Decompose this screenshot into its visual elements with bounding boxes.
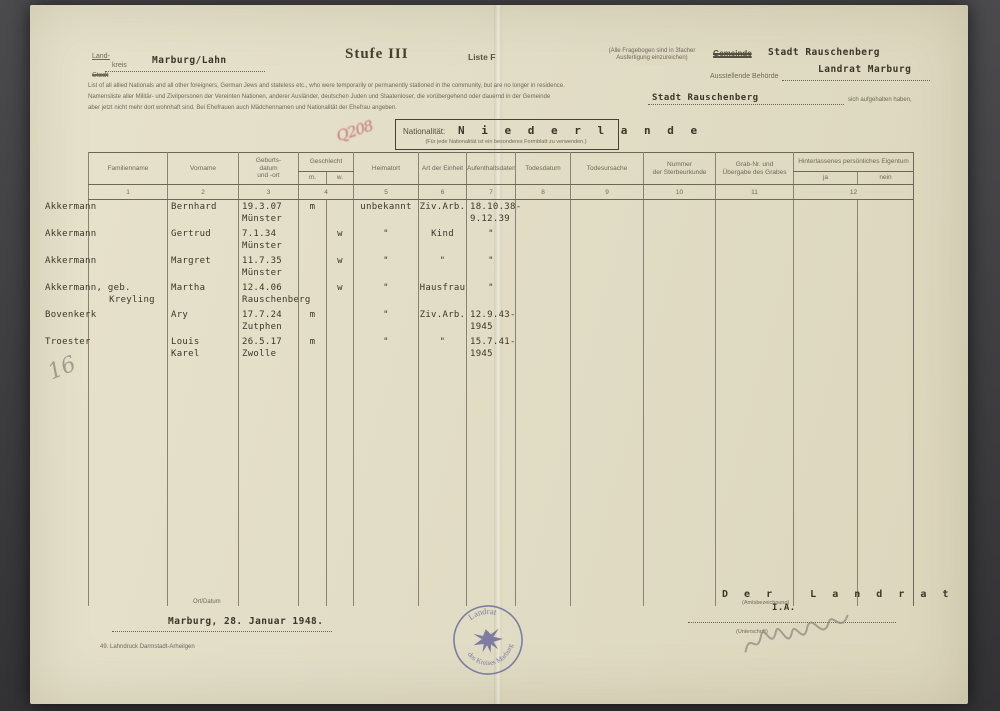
col-header-heimatort: Heimatort bbox=[354, 153, 419, 185]
col-header-eigentum-ja: ja bbox=[794, 172, 858, 185]
gemeinde-value: Stadt Rauschenberg bbox=[768, 47, 880, 58]
behoerde-label: Ausstellende Behörde bbox=[710, 73, 779, 80]
nationality-note: (Für jede Nationalität ist ein besondere… bbox=[400, 139, 612, 145]
land-label: Land- bbox=[92, 53, 110, 60]
printer-imprint: 49. Lahndruck Darmstadt-Arheilgen bbox=[100, 644, 195, 650]
col-header-geschlecht-w: w. bbox=[327, 172, 354, 185]
table-row: Akkermann, geb. Kreyling Martha 12.4.06 … bbox=[89, 281, 914, 308]
stamp-eagle-icon bbox=[471, 626, 505, 656]
gemeinde-label: Gemeinde bbox=[713, 49, 752, 58]
nationality-label: Nationalität: bbox=[403, 127, 445, 136]
intro-line2-tail: sich aufgehalten haben, bbox=[848, 97, 912, 103]
intro-line2-de: Namensliste aller Militär- und Zivilpers… bbox=[88, 94, 648, 101]
col-header-vorname: Vorname bbox=[168, 153, 239, 185]
intro-line1-en: List of all allied Nationals and all oth… bbox=[88, 83, 936, 90]
col-header-geschlecht: Geschlecht bbox=[299, 153, 354, 172]
place-date-value: Marburg, 28. Januar 1948. bbox=[168, 616, 324, 627]
nationality-value: N i e d e r l a n d e bbox=[458, 124, 702, 137]
kreis-label: kreis bbox=[112, 62, 127, 69]
column-numbers-row: 1 2 3 4 5 6 7 8 9 10 11 12 bbox=[89, 185, 914, 200]
stamp-bottom-text: des Kreises Marburg bbox=[465, 641, 518, 671]
behoerde-line bbox=[782, 79, 930, 81]
col-header-eigentum: Hinterlassenes persönliches Eigentum bbox=[794, 153, 914, 172]
col-header-einheit: Art der Einheit bbox=[419, 153, 467, 185]
kreis-line bbox=[105, 70, 265, 72]
table-empty-space bbox=[89, 362, 914, 606]
table-row: Akkermann Gertrud 7.1.34 Münster w " Kin… bbox=[89, 227, 914, 254]
col-header-grab: Grab-Nr. und Übergabe des Grabes bbox=[716, 153, 794, 185]
persons-table: Familienname Vorname Geburts- datum und … bbox=[88, 152, 915, 606]
scan-background: Land- kreis Marburg/Lahn Stadt Stufe III… bbox=[0, 0, 1000, 711]
table-row: Akkermann Bernhard 19.3.07 Münster m unb… bbox=[89, 200, 914, 228]
form-title: Stufe III bbox=[345, 46, 409, 63]
col-header-eigentum-nein: nein bbox=[858, 172, 914, 185]
col-header-familienname: Familienname bbox=[89, 153, 168, 185]
col-header-geburtsdatum: Geburts- datum und -ort bbox=[239, 153, 299, 185]
col-header-aufenthalt: Aufenthaltsdaten bbox=[467, 153, 516, 185]
intro-community-value: Stadt Rauschenberg bbox=[652, 93, 759, 103]
official-round-stamp: Landrat des Kreises Marburg bbox=[441, 593, 536, 688]
kreis-value: Marburg/Lahn bbox=[152, 55, 227, 66]
table-row: Bovenkerk Ary 17.7.24 Zutphen m " Ziv.Ar… bbox=[89, 308, 914, 335]
signature-title: D e r L a n d r a t bbox=[722, 589, 953, 600]
col-header-todesursache: Todesursache bbox=[571, 153, 644, 185]
table-row: Troester Louis Karel 26.5.17 Zwolle m " … bbox=[89, 335, 914, 362]
col-header-todesdatum: Todesdatum bbox=[516, 153, 571, 185]
ort-datum-label: Ort/Datum bbox=[193, 599, 221, 605]
place-date-line bbox=[112, 630, 332, 632]
intro-line3-de: aber jetzt nicht mehr dort wohnhaft sind… bbox=[88, 105, 688, 112]
table-row: Akkermann Margret 11.7.35 Münster w " " … bbox=[89, 254, 914, 281]
stadt-label: Stadt bbox=[92, 72, 108, 79]
copies-note: (Alle Fragebogen sind in 3facher Ausfert… bbox=[588, 48, 716, 62]
col-header-urkunde: Nummer der Sterbeurkunde bbox=[644, 153, 716, 185]
liste-label: Liste F bbox=[468, 52, 495, 62]
behoerde-value: Landrat Marburg bbox=[818, 64, 911, 75]
nationality-box: Nationalität: N i e d e r l a n d e (Für… bbox=[395, 119, 619, 150]
col-header-geschlecht-m: m. bbox=[299, 172, 327, 185]
svg-text:des Kreises Marburg: des Kreises Marburg bbox=[465, 641, 518, 671]
